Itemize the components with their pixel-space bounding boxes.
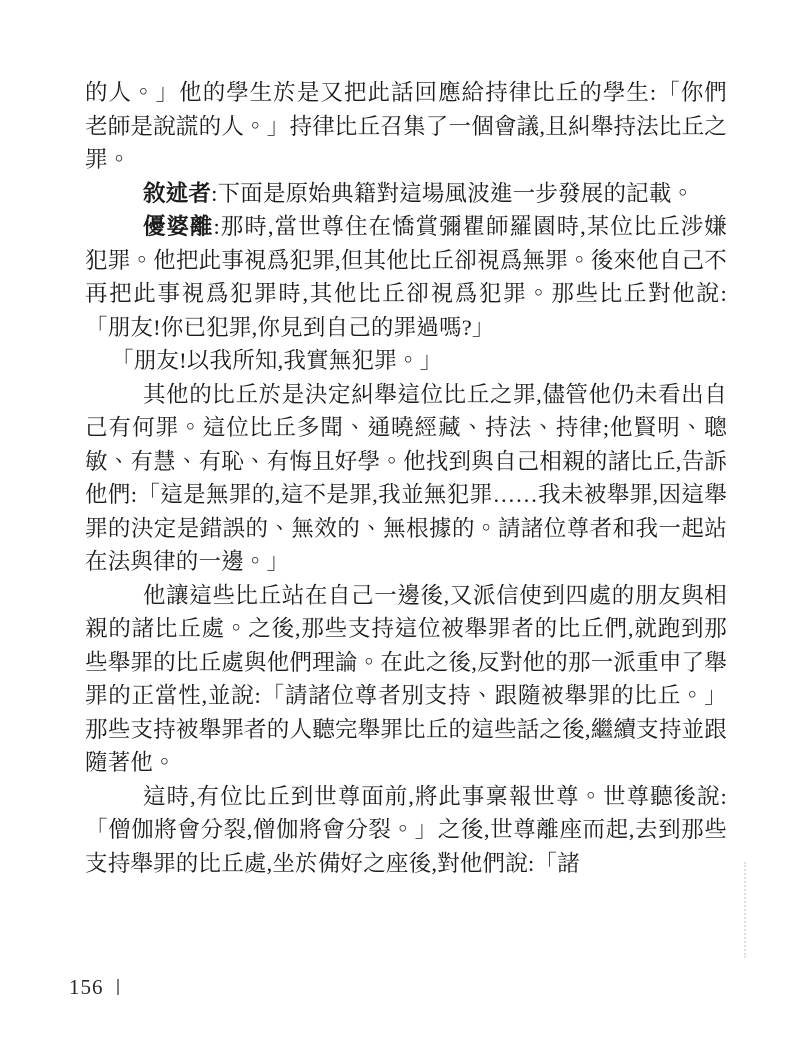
paragraph-dialog: 「朋友!以我所知,我實無犯罪。」 bbox=[85, 344, 727, 378]
paragraph-narrator: 敘述者:下面是原始典籍對這場風波進一步發展的記載。 bbox=[85, 177, 727, 211]
speaker-name: 優婆離 bbox=[143, 214, 214, 239]
paragraph-continuation: 的人。」他的學生於是又把此話回應給持律比丘的學生:「你們老師是說謊的人。」持律比… bbox=[85, 76, 727, 177]
paragraph-text: :下面是原始典籍對這場風波進一步發展的記載。 bbox=[211, 181, 694, 206]
page-number: 156 bbox=[69, 975, 104, 1000]
book-page: 的人。」他的學生於是又把此話回應給持律比丘的學生:「你們老師是說謊的人。」持律比… bbox=[0, 0, 792, 1056]
scan-noise-artifact bbox=[744, 862, 746, 958]
page-footer: 156 bbox=[69, 976, 119, 998]
paragraph: 這時,有位比丘到世尊面前,將此事稟報世尊。世尊聽後說:「僧伽將會分裂,僧伽將會分… bbox=[85, 780, 727, 881]
paragraph-upali: 優婆離:那時,當世尊住在憍賞彌瞿師羅園時,某位比丘涉嫌犯罪。他把此事視爲犯罪,但… bbox=[85, 210, 727, 344]
paragraph: 其他的比丘於是決定糾舉這位比丘之罪,儘管他仍未看出自己有何罪。這位比丘多聞、通曉… bbox=[85, 378, 727, 579]
speaker-name: 敘述者 bbox=[143, 181, 211, 206]
paragraph: 他讓這些比丘站在自己一邊後,又派信使到四處的朋友與相親的諸比丘處。之後,那些支持… bbox=[85, 579, 727, 780]
footer-divider-bar bbox=[117, 979, 119, 995]
body-text: 的人。」他的學生於是又把此話回應給持律比丘的學生:「你們老師是說謊的人。」持律比… bbox=[85, 76, 727, 880]
